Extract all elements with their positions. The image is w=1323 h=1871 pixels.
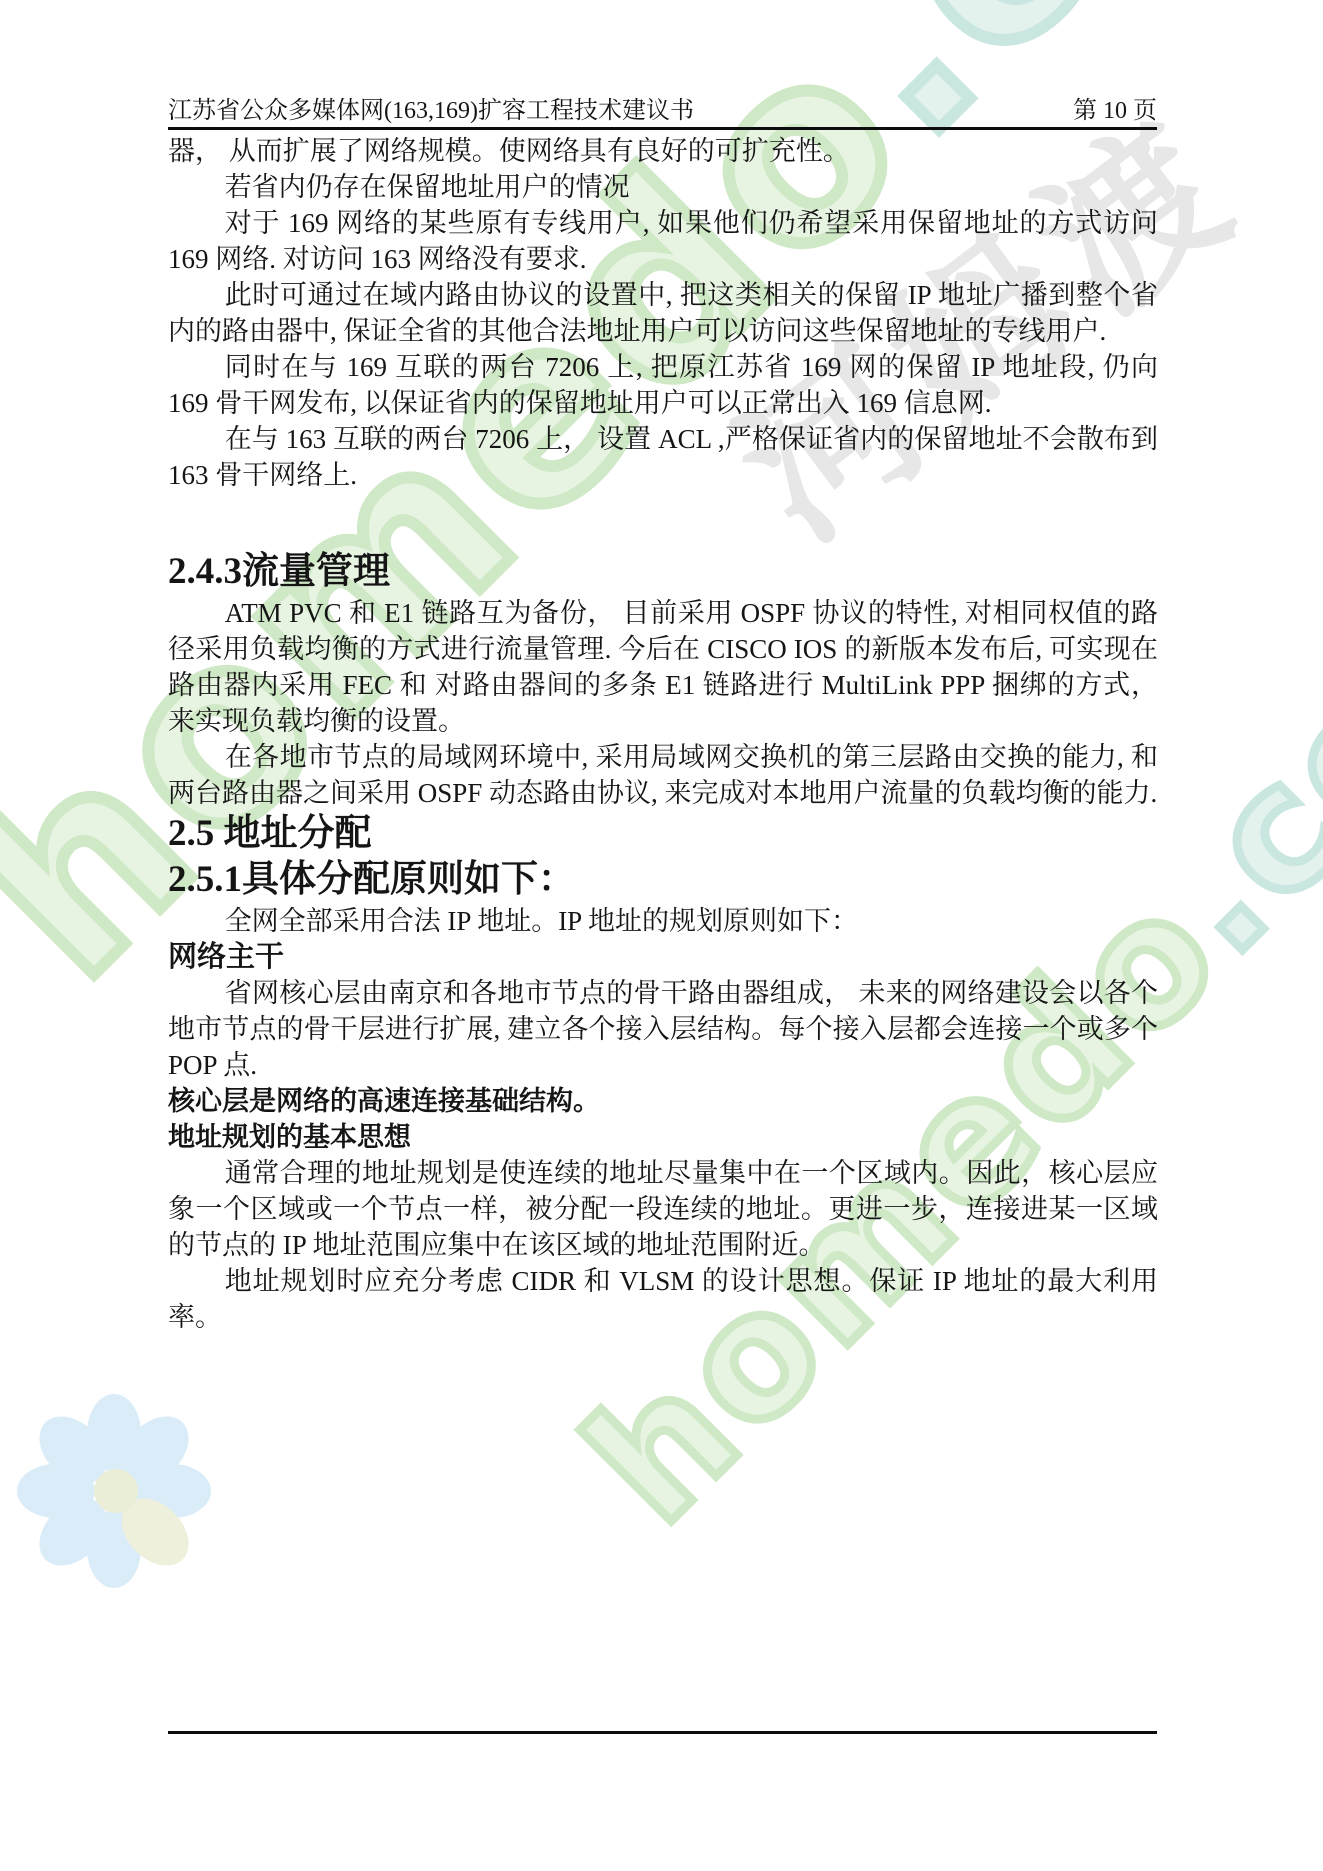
header-document-title: 江苏省公众多媒体网(163,169)扩容工程技术建议书 — [168, 90, 694, 125]
paragraph: 对于 169 网络的某些原有专线用户, 如果他们仍希望采用保留地址的方式访问 1… — [168, 205, 1158, 277]
paragraph-continuation: 器， 从而扩展了网络规模。使网络具有良好的可扩充性。 — [168, 133, 1158, 169]
paragraph: 在各地市节点的局域网环境中, 采用局域网交换机的第三层路由交换的能力, 和两台路… — [168, 739, 1158, 811]
section-heading-2-5: 2.5 地址分配 — [168, 811, 1158, 857]
document-body: 器， 从而扩展了网络规模。使网络具有良好的可扩充性。若省内仍存在保留地址用户的情… — [168, 133, 1158, 1335]
subsection-heading-backbone: 网络主干 — [168, 939, 1158, 975]
footer-rule — [168, 1731, 1157, 1734]
paragraph: 地址规划时应充分考虑 CIDR 和 VLSM 的设计思想。保证 IP 地址的最大… — [168, 1263, 1158, 1335]
header-page-number: 第 10 页 — [1073, 90, 1157, 125]
bold-statement-core-layer: 核心层是网络的高速连接基础结构。 — [168, 1083, 1158, 1119]
section-heading-2-4-3: 2.4.3流量管理 — [168, 549, 1158, 595]
paragraph: 通常合理的地址规划是使连续的地址尽量集中在一个区域内。因此，核心层应象一个区域或… — [168, 1155, 1158, 1263]
paragraph: 同时在与 169 互联的两台 7206 上, 把原江苏省 169 网的保留 IP… — [168, 349, 1158, 421]
homedo-flower-logo-icon — [14, 1388, 214, 1588]
bold-statement-address-planning: 地址规划的基本思想 — [168, 1119, 1158, 1155]
page-header: 江苏省公众多媒体网(163,169)扩容工程技术建议书 第 10 页 — [168, 90, 1157, 125]
paragraph: 若省内仍存在保留地址用户的情况 — [168, 169, 1158, 205]
header-rule — [168, 127, 1157, 130]
section-heading-2-5-1: 2.5.1具体分配原则如下： — [168, 857, 1158, 903]
paragraph: 此时可通过在域内路由协议的设置中, 把这类相关的保留 IP 地址广播到整个省内的… — [168, 277, 1158, 349]
paragraph: 在与 163 互联的两台 7206 上， 设置 ACL ,严格保证省内的保留地址… — [168, 421, 1158, 493]
paragraph: 全网全部采用合法 IP 地址。IP 地址的规划原则如下： — [168, 903, 1158, 939]
paragraph: 省网核心层由南京和各地市节点的骨干路由器组成， 未来的网络建设会以各个地市节点的… — [168, 975, 1158, 1083]
document-page: homedo.com homedo.com 河姆渡 江苏省公众多媒体网(163,… — [0, 0, 1323, 1871]
paragraph: ATM PVC 和 E1 链路互为备份， 目前采用 OSPF 协议的特性, 对相… — [168, 595, 1158, 739]
